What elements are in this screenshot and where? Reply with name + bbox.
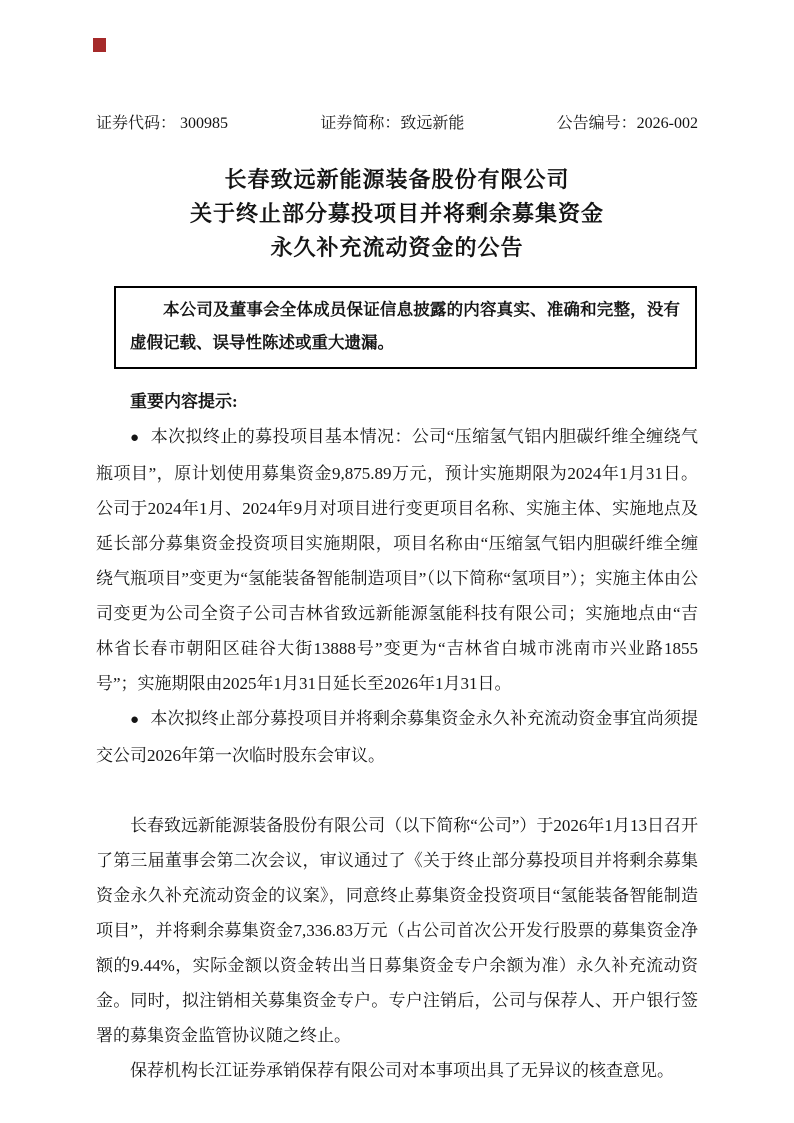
bullet-text: 本次拟终止部分募投项目并将剩余募集资金永久补充流动资金事宜尚须提交公司2026年… — [96, 709, 698, 765]
paragraph: 长春致远新能源装备股份有限公司（以下简称“公司”）于2026年1月13日召开了第… — [96, 808, 698, 1053]
document-title: 长春致远新能源装备股份有限公司 关于终止部分募投项目并将剩余募集资金 永久补充流… — [0, 163, 794, 265]
document-header: 证券代码： 300985 证券简称：致远新能 公告编号：2026-002 — [96, 110, 698, 133]
announcement-page: 证券代码： 300985 证券简称：致远新能 公告编号：2026-002 长春致… — [0, 0, 794, 1123]
announcement-number: 公告编号：2026-002 — [557, 110, 698, 133]
paragraph: 保荐机构长江证券承销保荐有限公司对本事项出具了无异议的核查意见。 — [96, 1053, 698, 1088]
notice-heading: 重要内容提示: — [96, 384, 698, 419]
bullet-text: 本次拟终止的募投项目基本情况：公司“压缩氢气铝内胆碳纤维全缠绕气瓶项目”，原计划… — [96, 427, 698, 693]
document-body: 重要内容提示: ●本次拟终止的募投项目基本情况：公司“压缩氢气铝内胆碳纤维全缠绕… — [96, 384, 698, 1088]
bullet-icon: ● — [130, 421, 139, 456]
stock-name: 证券简称：致远新能 — [320, 110, 464, 133]
bullet-item: ●本次拟终止的募投项目基本情况：公司“压缩氢气铝内胆碳纤维全缠绕气瓶项目”，原计… — [96, 419, 698, 701]
title-line-subject: 关于终止部分募投项目并将剩余募集资金 — [0, 197, 794, 231]
bullet-icon: ● — [130, 703, 139, 738]
red-marker — [93, 38, 106, 52]
title-line-company: 长春致远新能源装备股份有限公司 — [0, 163, 794, 197]
disclaimer-box: 本公司及董事会全体成员保证信息披露的内容真实、准确和完整，没有虚假记载、误导性陈… — [114, 286, 697, 369]
bullet-item: ●本次拟终止部分募投项目并将剩余募集资金永久补充流动资金事宜尚须提交公司2026… — [96, 701, 698, 773]
title-line-type: 永久补充流动资金的公告 — [0, 231, 794, 265]
stock-code: 证券代码： 300985 — [96, 110, 228, 133]
disclaimer-text: 本公司及董事会全体成员保证信息披露的内容真实、准确和完整，没有虚假记载、误导性陈… — [130, 293, 680, 359]
